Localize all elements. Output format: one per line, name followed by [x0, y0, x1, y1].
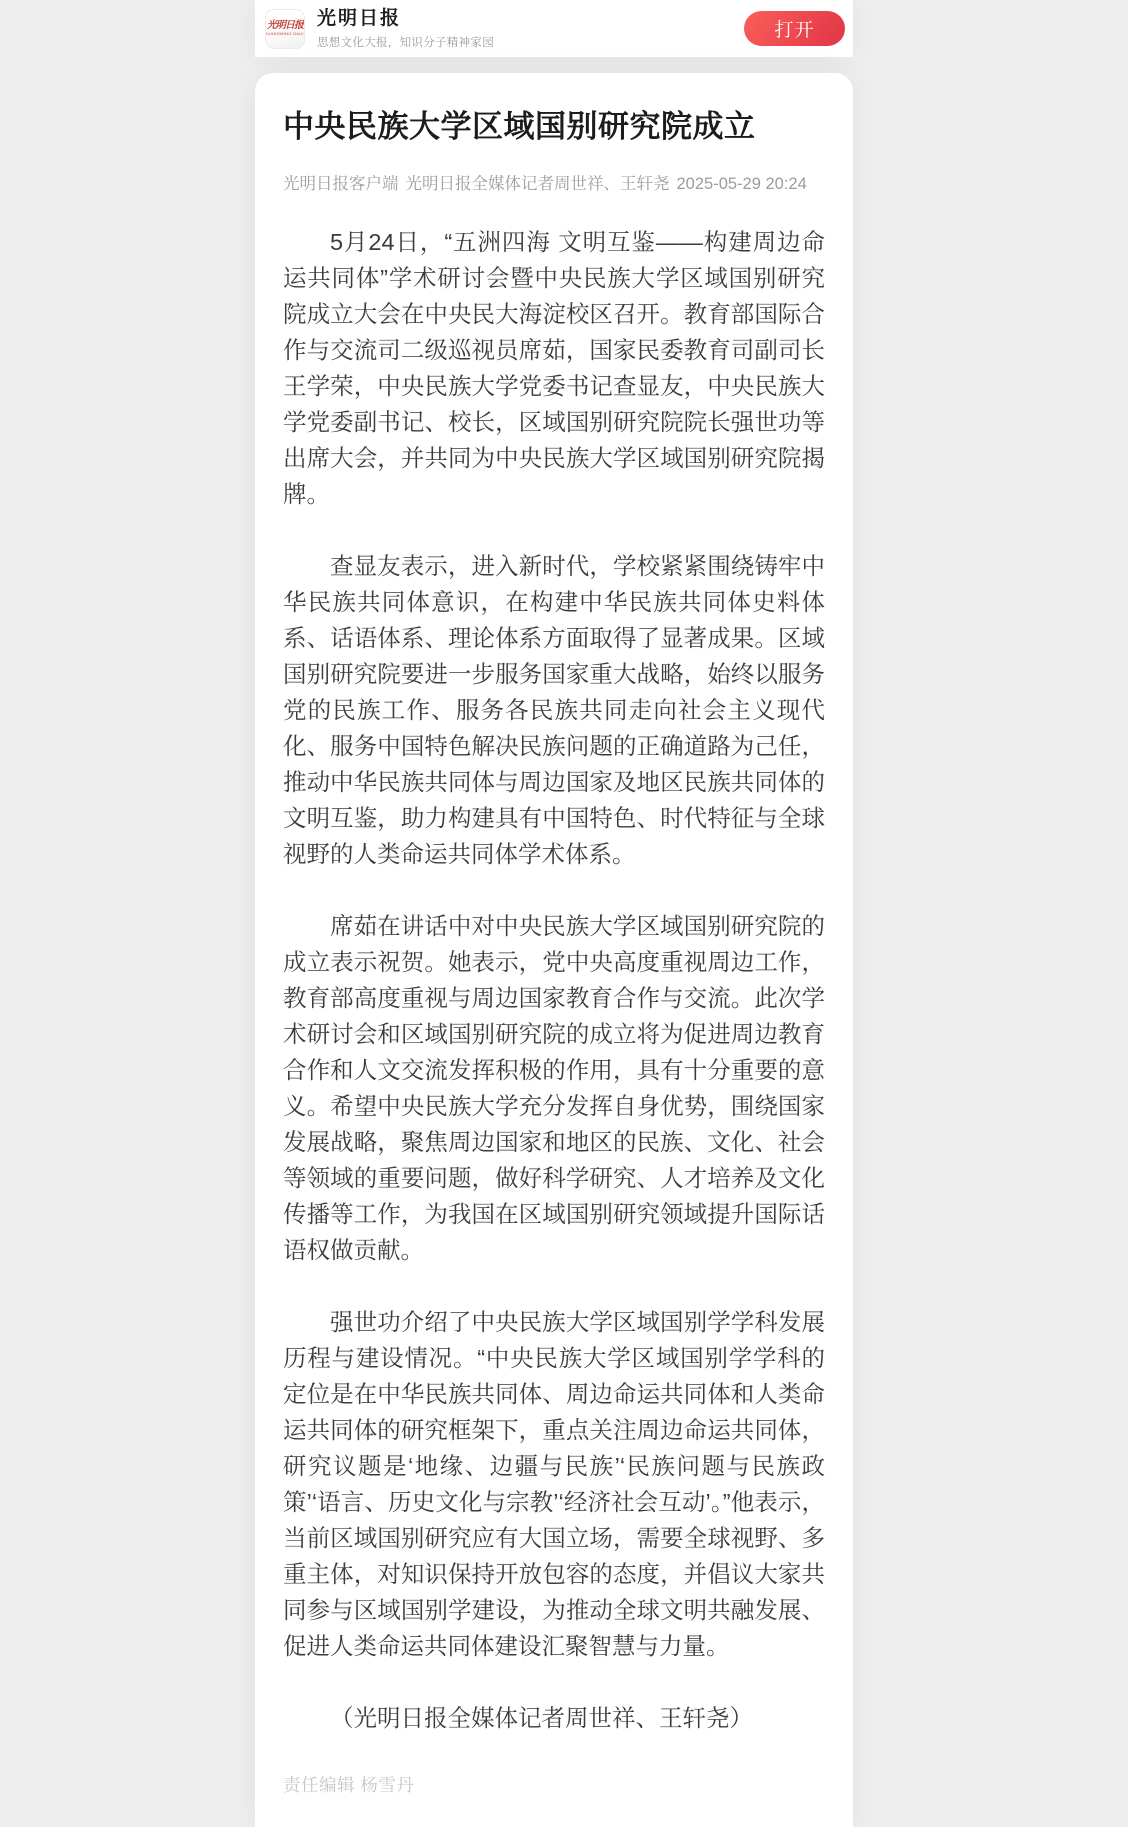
- app-slogan: 思想文化大报，知识分子精神家园: [317, 34, 494, 50]
- responsible-editor-line: 责任编辑 杨雪丹: [283, 1772, 825, 1797]
- app-meta: 光明日报 思想文化大报，知识分子精神家园: [317, 7, 494, 51]
- paragraph: 强世功介绍了中央民族大学区域国别学学科发展历程与建设情况。“中央民族大学区域国别…: [283, 1304, 825, 1664]
- byline-source: 光明日报客户端: [283, 175, 399, 193]
- logo-calligraphy-text: 光明日报: [267, 20, 303, 31]
- open-app-button[interactable]: 打开: [744, 11, 845, 46]
- paragraph: 席茹在讲话中对中央民族大学区域国别研究院的成立表示祝贺。她表示，党中央高度重视周…: [283, 908, 825, 1268]
- article-body: 5月24日，“五洲四海 文明互鉴——构建周边命运共同体”学术研讨会暨中央民族大学…: [283, 224, 825, 1736]
- guangming-daily-logo-icon: 光明日报 GUANGMING DAILY: [265, 9, 305, 49]
- app-banner: 光明日报 GUANGMING DAILY 光明日报 思想文化大报，知识分子精神家…: [255, 0, 853, 57]
- page-column: 光明日报 GUANGMING DAILY 光明日报 思想文化大报，知识分子精神家…: [255, 0, 853, 1827]
- reporter-credit-line: （光明日报全媒体记者周世祥、王轩尧）: [283, 1700, 825, 1736]
- paragraph: 查显友表示，进入新时代，学校紧紧围绕铸牢中华民族共同体意识，在构建中华民族共同体…: [283, 548, 825, 872]
- paragraph: 5月24日，“五洲四海 文明互鉴——构建周边命运共同体”学术研讨会暨中央民族大学…: [283, 224, 825, 512]
- app-name: 光明日报: [317, 7, 494, 31]
- logo-english-text: GUANGMING DAILY: [265, 31, 305, 37]
- byline-datetime: 2025-05-29 20:24: [677, 175, 807, 193]
- article-card: 中央民族大学区域国别研究院成立 光明日报客户端光明日报全媒体记者周世祥、王轩尧2…: [255, 73, 853, 1827]
- byline-reporters: 光明日报全媒体记者周世祥、王轩尧: [406, 175, 670, 193]
- article-byline: 光明日报客户端光明日报全媒体记者周世祥、王轩尧2025-05-29 20:24: [283, 170, 825, 194]
- article-title: 中央民族大学区域国别研究院成立: [283, 107, 825, 146]
